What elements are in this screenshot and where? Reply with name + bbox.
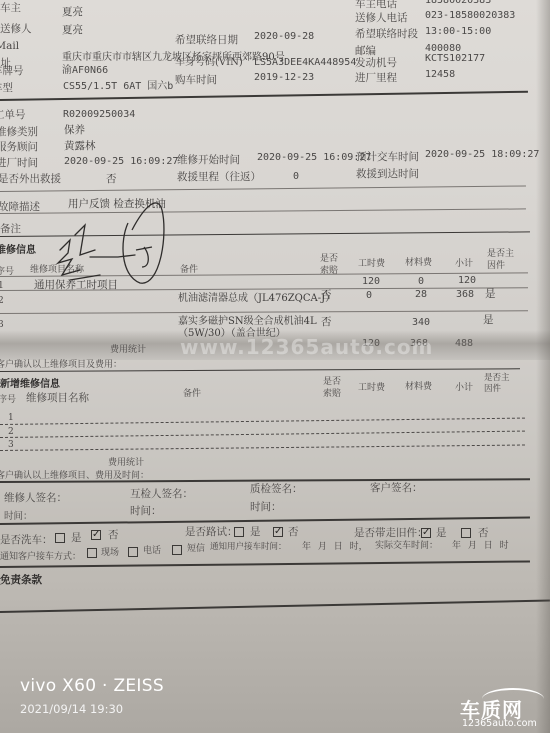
old-parts-yes-checkbox[interactable] bbox=[421, 528, 431, 538]
vin-value: LS5A3DEE4KA448954 bbox=[254, 58, 356, 68]
repairer-time-label: 时间： bbox=[4, 512, 33, 522]
col-index-header: 序号 bbox=[0, 396, 16, 405]
actual-delivery-label: 实际交车时间： bbox=[375, 542, 438, 551]
totals-label: 费用统计 bbox=[108, 459, 144, 468]
qc-time-label: 时间： bbox=[250, 502, 282, 513]
remarks-label: 备注 bbox=[0, 224, 21, 235]
old-parts-no-label: 否 bbox=[478, 528, 489, 539]
wash-no-checkbox[interactable] bbox=[91, 530, 101, 540]
col-item-name-header: 维修项目名称 bbox=[26, 393, 89, 404]
divider bbox=[0, 231, 530, 237]
engine-no-value: KCTS102177 bbox=[425, 54, 485, 64]
repair-confirm-text: 客户确认以上维修项目及费用： bbox=[0, 361, 122, 370]
road-test-no-label: 否 bbox=[288, 527, 299, 538]
divider bbox=[0, 91, 528, 101]
service-order-paper: 车主 夏亮 送修人 夏亮 E-Mail 地址 重庆市重庆市市辖区九龙坡区杨家坪所… bbox=[0, 0, 550, 733]
qc-signature-label: 质检签名： bbox=[250, 484, 303, 495]
notify-time-label: 通知用户接车时间： bbox=[210, 543, 287, 552]
row-index: 2 bbox=[8, 428, 14, 437]
rescue-label: 是否外出救援 bbox=[0, 174, 61, 185]
postcode-label: 邮编 bbox=[355, 46, 376, 57]
watermark-url: www.12365auto.com bbox=[180, 335, 433, 359]
divider bbox=[0, 310, 528, 314]
row-material: 28 bbox=[415, 290, 427, 300]
old-parts-label: 是否带走旧件： bbox=[354, 528, 428, 539]
owner-phone-value: 18580020383 bbox=[425, 0, 491, 6]
divider bbox=[0, 599, 550, 612]
start-time-value: 2020-09-25 16:09:27 bbox=[257, 153, 371, 163]
plate-value: 渝AF0N66 bbox=[62, 66, 108, 76]
site-logo-url: 12365auto.com bbox=[462, 718, 537, 729]
fault-label: 故障描述 bbox=[0, 202, 40, 213]
sender-label: 送修人 bbox=[0, 24, 32, 35]
row-index: 2 bbox=[0, 297, 4, 306]
purchase-date-label: 购车时间 bbox=[175, 75, 217, 86]
engine-no-label: 发动机号 bbox=[355, 58, 397, 69]
row-divider bbox=[0, 431, 525, 438]
row-subtotal: 368 bbox=[456, 290, 474, 300]
rescue-distance-value: 0 bbox=[293, 172, 299, 182]
col-labor-header: 工时费 bbox=[358, 384, 385, 393]
wash-yes-label: 是 bbox=[71, 533, 82, 544]
wash-yes-checkbox[interactable] bbox=[55, 533, 65, 543]
sender-phone-value: 023-18580020383 bbox=[425, 11, 515, 21]
email-label: E-Mail bbox=[0, 41, 19, 52]
rescue-arrival-label: 救援到达时间 bbox=[356, 169, 419, 180]
repair-type-label: 维修类别 bbox=[0, 127, 38, 138]
entry-time-value: 2020-09-25 16:09:27 bbox=[64, 157, 178, 167]
row-divider bbox=[0, 445, 525, 451]
col-item-name-header: 维修项目名称 bbox=[30, 266, 84, 275]
old-parts-yes-label: 是 bbox=[436, 528, 447, 539]
repair-type-value: 保养 bbox=[64, 125, 85, 136]
road-test-yes-label: 是 bbox=[250, 527, 261, 538]
contact-period-label: 希望联络时段 bbox=[355, 29, 418, 40]
fault-value: 用户反馈 检查换机油 bbox=[68, 199, 166, 210]
col-material-header: 材料费 bbox=[405, 383, 432, 392]
additional-repair-title: 新增维修信息 bbox=[0, 380, 60, 390]
row-index: 3 bbox=[8, 441, 14, 450]
road-test-no-checkbox[interactable] bbox=[273, 527, 283, 537]
repairer-signature-label: 维修人签名： bbox=[4, 493, 67, 504]
customer-signature-label: 客户签名： bbox=[370, 483, 423, 494]
notify-onsite-label: 现场 bbox=[101, 549, 119, 558]
col-main-cause-header: 是否主因件 bbox=[487, 248, 515, 272]
notify-sms-checkbox[interactable] bbox=[172, 545, 182, 555]
row-index: 1 bbox=[8, 414, 14, 423]
rescue-distance-label: 救援里程（往返） bbox=[177, 172, 261, 183]
row-claim: 否 bbox=[321, 317, 332, 328]
order-no-label: 工单号 bbox=[0, 110, 26, 121]
row-index: 3 bbox=[0, 321, 4, 330]
est-delivery-value: 2020-09-25 18:09:27 bbox=[425, 150, 539, 160]
camera-watermark-model: vivo X60 · ZEISS bbox=[20, 676, 164, 696]
contact-date-value: 2020-09-28 bbox=[254, 32, 314, 42]
est-delivery-label: 预计交车时间 bbox=[356, 152, 419, 163]
row-subtotal: 120 bbox=[458, 276, 476, 286]
disclaimer-label: 免责条款 bbox=[0, 575, 42, 586]
repair-info-title: 维修信息 bbox=[0, 246, 36, 256]
row-material: 0 bbox=[418, 277, 424, 287]
order-no-value: R02009250034 bbox=[63, 110, 135, 120]
col-parts-header: 备件 bbox=[183, 390, 201, 399]
mileage-value: 12458 bbox=[425, 70, 455, 80]
old-parts-no-checkbox[interactable] bbox=[461, 528, 471, 538]
advisor-value: 黄露林 bbox=[64, 141, 96, 152]
sender-phone-label: 送修人电话 bbox=[355, 13, 408, 24]
row-claim: 否 bbox=[321, 290, 332, 301]
model-label: 车型 bbox=[0, 83, 13, 94]
wash-no-label: 否 bbox=[108, 530, 119, 541]
inspector-time-label: 时间： bbox=[130, 506, 162, 517]
model-value: CS55/1.5T 6AT 国六b bbox=[63, 82, 173, 92]
owner-name: 夏亮 bbox=[62, 7, 83, 18]
col-subtotal-header: 小计 bbox=[455, 384, 473, 393]
row-parts: 机油滤清器总成（JL476ZQCA-J） bbox=[178, 293, 338, 305]
owner-label: 车主 bbox=[0, 3, 21, 14]
notify-method-label: 通知客户接车方式： bbox=[0, 553, 81, 562]
address-value: 重庆市重庆市市辖区九龙坡区杨家坪所西郊路90号 bbox=[62, 53, 285, 63]
road-test-yes-checkbox[interactable] bbox=[234, 527, 244, 537]
start-time-label: 维修开始时间 bbox=[177, 155, 240, 166]
row-divider bbox=[0, 418, 525, 425]
paper-edge-shadow bbox=[536, 0, 550, 733]
contact-date-label: 希望联络日期 bbox=[175, 35, 238, 46]
col-labor-header: 工时费 bbox=[358, 260, 385, 269]
site-logo: 车质网 12365auto.com bbox=[460, 688, 548, 733]
totals-label: 费用统计 bbox=[110, 346, 146, 355]
plate-label: 车牌号 bbox=[0, 66, 24, 77]
actual-delivery-placeholder: 年 月 日 时 bbox=[452, 542, 509, 551]
advisor-label: 服务顾问 bbox=[0, 142, 38, 153]
col-material-header: 材料费 bbox=[405, 259, 432, 268]
owner-phone-label: 车主电话 bbox=[355, 0, 397, 10]
row-material: 340 bbox=[412, 318, 430, 328]
divider bbox=[0, 185, 526, 192]
wash-label: 是否洗车： bbox=[0, 535, 53, 546]
notify-onsite-checkbox[interactable] bbox=[87, 548, 97, 558]
inspector-signature-label: 互检人签名： bbox=[130, 489, 193, 500]
row-labor: 120 bbox=[362, 277, 380, 287]
notify-phone-label: 电话 bbox=[143, 547, 161, 556]
notify-time-placeholder: 年 月 日 时， bbox=[302, 543, 368, 552]
row-main-cause: 是 bbox=[485, 289, 496, 300]
road-test-label: 是否路试： bbox=[185, 527, 238, 538]
vin-label: 车身号码(VIN) bbox=[175, 58, 243, 68]
row-labor: 0 bbox=[366, 291, 372, 301]
row-main-cause: 是 bbox=[483, 315, 494, 326]
mileage-label: 进厂里程 bbox=[355, 73, 397, 84]
camera-watermark-timestamp: 2021/09/14 19:30 bbox=[20, 702, 123, 716]
total-subtotal: 488 bbox=[455, 339, 473, 349]
purchase-date-value: 2019-12-23 bbox=[254, 73, 314, 83]
divider bbox=[0, 517, 530, 525]
entry-time-label: 进厂时间 bbox=[0, 158, 38, 169]
col-main-cause-header: 是否主因件 bbox=[484, 373, 510, 395]
sender-name: 夏亮 bbox=[62, 25, 83, 36]
contact-period-value: 13:00-15:00 bbox=[425, 27, 491, 37]
rescue-value: 否 bbox=[106, 174, 117, 185]
notify-sms-label: 短信 bbox=[187, 545, 205, 554]
col-subtotal-header: 小计 bbox=[455, 260, 473, 269]
col-claim-header: 是否索赔 bbox=[323, 376, 345, 400]
notify-phone-checkbox[interactable] bbox=[128, 547, 138, 557]
